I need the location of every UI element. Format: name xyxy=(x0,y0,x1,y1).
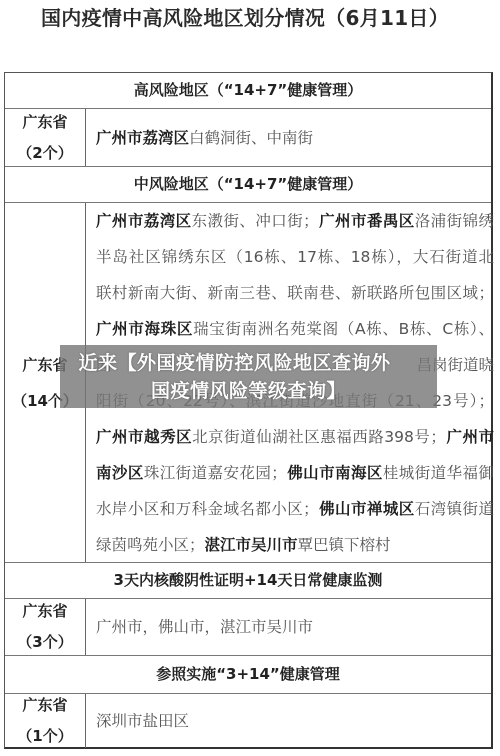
area-list: 广州市荔湾区白鹤洞街、中南街 xyxy=(91,109,491,166)
street-names: 绿茵鸣苑小区； xyxy=(96,536,205,554)
watermark-banner: 近来【外国疫情防控风险地区查询外 国疫情风险等级查询】 xyxy=(60,345,437,408)
district-name: 南沙区 xyxy=(96,464,144,482)
street-names: 洛浦街锦绣 xyxy=(415,212,494,230)
section-header-high-risk: 高风险地区（“14+7”健康管理） xyxy=(5,73,491,109)
area-line: 联村新南大街、新南三巷、联南巷、新联路所包围区域； xyxy=(96,275,494,311)
banner-line-2: 国疫情风险等级查询】 xyxy=(151,377,346,405)
district-name: 佛山市禅城区 xyxy=(319,500,415,518)
page-title: 国内疫情中高风险地区划分情况（6月11日） xyxy=(0,4,490,32)
street-names: 瑞宝街南洲名苑棠阁（A栋、B栋、C栋）、 xyxy=(193,320,494,338)
province-name: 广东省 xyxy=(22,690,67,721)
section-header-health-monitoring: 3天内核酸阴性证明+14天日常健康监测 xyxy=(5,563,491,599)
district-name: 湛江市吴川市 xyxy=(205,536,298,554)
province-cell: 广东省 （3个） xyxy=(5,599,86,655)
district-name: 佛山市南海区 xyxy=(287,464,383,482)
area-line: 广州市越秀区北京街道仙湖社区惠福西路398号；广州市 xyxy=(96,419,494,455)
area-count: （2个） xyxy=(17,138,72,169)
street-names: 石湾镇街道 xyxy=(415,500,494,518)
street-names: 珠江街道嘉安花园； xyxy=(144,464,287,482)
area-list: 广州市，佛山市，湛江市吴川市 xyxy=(91,599,491,655)
area-line: 广州市海珠区瑞宝街南洲名苑棠阁（A栋、B栋、C栋）、 xyxy=(96,311,494,347)
street-names: 白鹤洞街、中南街 xyxy=(189,129,313,147)
street-names: 东漖街、冲口街； xyxy=(192,212,319,230)
district-name: 广州市越秀区 xyxy=(96,428,192,446)
section-row-3-plus-14: 广东省 （1个） 深圳市盐田区 xyxy=(5,694,491,748)
province-name: 广东省 xyxy=(22,596,67,627)
district-name: 广州市荔湾区 xyxy=(96,129,189,147)
city-names: 广州市，佛山市，湛江市吴川市 xyxy=(96,618,313,636)
street-names: 北京街道仙湖社区惠福西路398号； xyxy=(192,428,446,446)
area-line: 南沙区珠江街道嘉安花园；佛山市南海区桂城街道华福御 xyxy=(96,455,494,491)
section-header-3-plus-14: 参照实施“3+14”健康管理 xyxy=(5,656,491,694)
district-name: 广州市番禺区 xyxy=(319,212,415,230)
section-row-health-monitoring: 广东省 （3个） 广州市，佛山市，湛江市吴川市 xyxy=(5,599,491,656)
street-names: 覃巴镇下榕村 xyxy=(298,536,391,554)
district-name: 广州市荔湾区 xyxy=(96,212,192,230)
section-header-medium-risk: 中风险地区（“14+7”健康管理） xyxy=(5,167,491,203)
area-count: （1个） xyxy=(17,721,72,752)
street-names: 半岛社区锦绣东区（16栋、17栋、18栋），大石街道北 xyxy=(96,248,494,266)
area-line: 广州市荔湾区白鹤洞街、中南街 xyxy=(91,120,491,156)
risk-area-table: 高风险地区（“14+7”健康管理） 广东省 （2个） 广州市荔湾区白鹤洞街、中南… xyxy=(4,72,493,749)
province-name: 广东省 xyxy=(22,107,67,138)
area-line: 广州市，佛山市，湛江市吴川市 xyxy=(91,609,491,645)
area-line: 深圳市盐田区 xyxy=(91,703,491,739)
area-line: 广州市荔湾区东漖街、冲口街；广州市番禺区洛浦街锦绣 xyxy=(96,203,494,239)
district-name: 广州市 xyxy=(446,428,494,446)
street-names: 联村新南大街、新南三巷、联南巷、新联路所包围区域； xyxy=(96,284,494,302)
area-line: 水岸小区和万科金域名都小区；佛山市禅城区石湾镇街道 xyxy=(96,491,494,527)
province-cell: 广东省 （2个） xyxy=(5,109,86,166)
district-name: 广州市海珠区 xyxy=(96,320,193,338)
province-cell: 广东省 （1个） xyxy=(5,694,86,748)
area-count: （3个） xyxy=(17,627,72,658)
banner-line-1: 近来【外国疫情防控风险地区查询外 xyxy=(78,349,390,377)
area-line: 半岛社区锦绣东区（16栋、17栋、18栋），大石街道北 xyxy=(96,239,494,275)
area-line: 绿茵鸣苑小区；湛江市吴川市覃巴镇下榕村 xyxy=(96,527,494,563)
section-row-high-risk: 广东省 （2个） 广州市荔湾区白鹤洞街、中南街 xyxy=(5,109,491,167)
district-names: 深圳市盐田区 xyxy=(96,712,189,730)
area-list: 深圳市盐田区 xyxy=(91,694,491,748)
street-names: 桂城街道华福御 xyxy=(383,464,494,482)
street-names: 水岸小区和万科金域名都小区； xyxy=(96,500,319,518)
